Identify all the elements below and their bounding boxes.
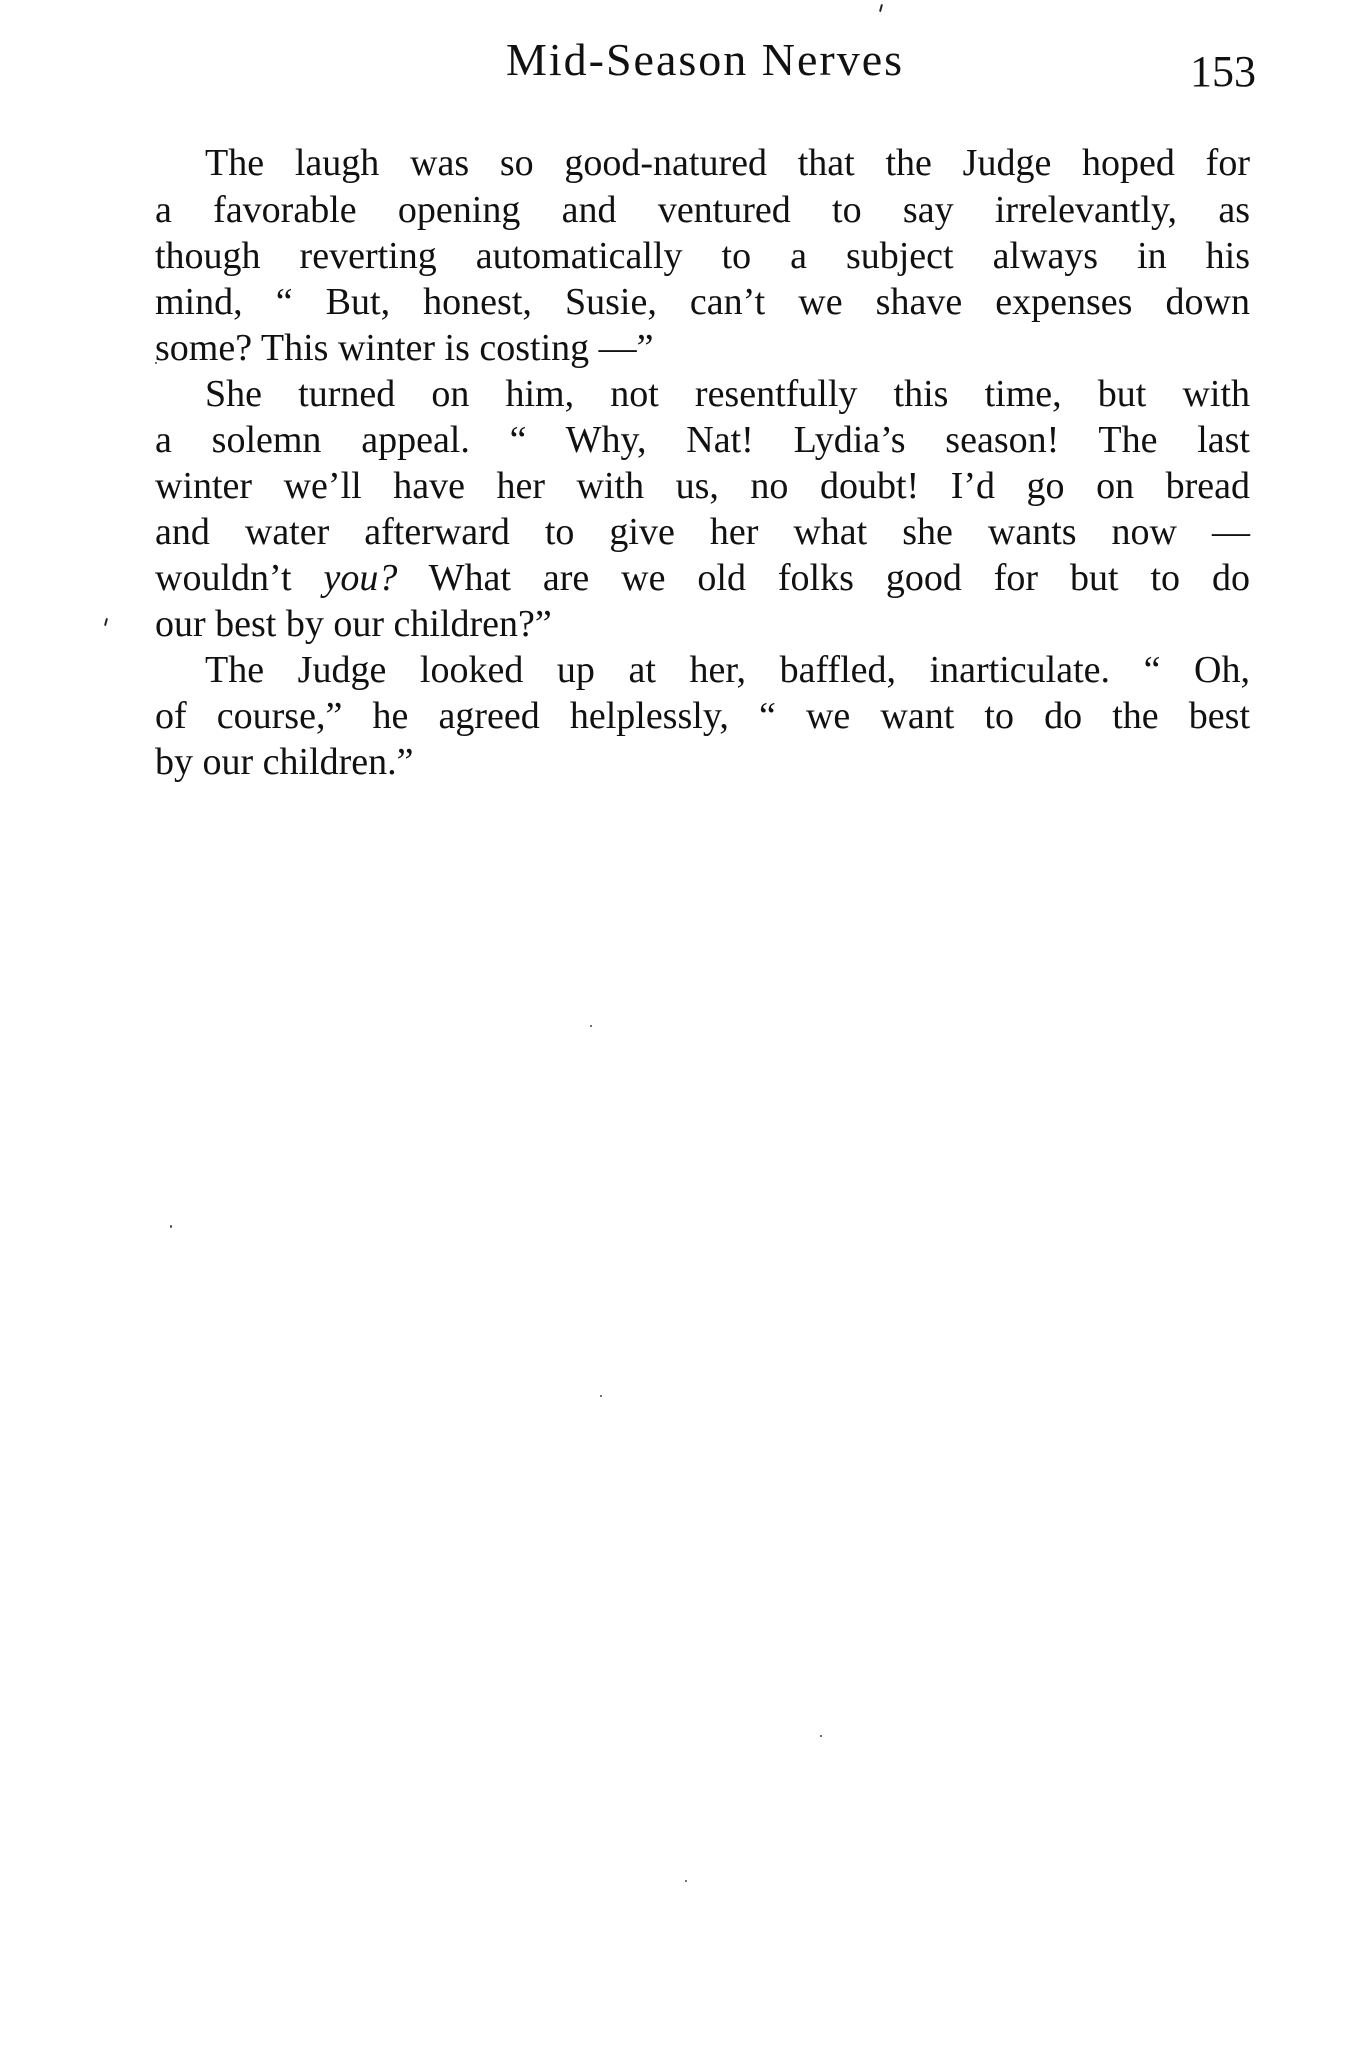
paragraph-2-line-6: our best by our children?”	[155, 601, 1250, 647]
paragraph-2-line-1: She turned on him, not resentfully this …	[205, 371, 1250, 417]
paragraph-3-line-2: of course,” he agreed helplessly, “ we w…	[155, 693, 1250, 739]
scan-speck	[170, 1225, 172, 1228]
paragraph-3-line-3: by our children.”	[155, 739, 1250, 785]
scan-speck	[685, 1880, 687, 1882]
paragraph-1-line-1: The laugh was so good-natured that the J…	[205, 140, 1250, 186]
paragraph-2-line-3: winter we’ll have her with us, no doubt!…	[155, 463, 1250, 509]
page-number: 153	[1180, 44, 1256, 100]
paragraph-3-line-1: The Judge looked up at her, baffled, ina…	[205, 647, 1250, 693]
scan-speck	[155, 362, 157, 364]
paragraph-2-line-4: and water afterward to give her what she…	[155, 509, 1250, 555]
paragraph-1-line-4: mind, “ But, honest, Susie, can’t we sha…	[155, 279, 1250, 325]
paragraph-2-line-2: a solemn appeal. “ Why, Nat! Lydia’s sea…	[155, 417, 1250, 463]
paragraph-1-line-5: some? This winter is costing —”	[155, 325, 1250, 371]
book-page: Mid-Season Nerves 153 The laugh was so g…	[0, 0, 1362, 2049]
running-title: Mid-Season Nerves	[480, 32, 930, 88]
paragraph-1-line-3: though reverting automatically to a subj…	[155, 233, 1250, 279]
text-wouldnt: wouldn’t	[155, 557, 323, 599]
italic-you: you?	[323, 557, 397, 599]
scan-speck	[104, 618, 108, 626]
scan-speck	[820, 1735, 822, 1737]
text-what-are-we: What are we old folks good for but to do	[397, 557, 1250, 599]
paragraph-2-line-5: wouldn’t you? What are we old folks good…	[155, 555, 1250, 601]
scan-speck	[590, 1025, 592, 1027]
paragraph-1-line-2: a favorable opening and ventured to say …	[155, 187, 1250, 233]
scan-speck	[600, 1395, 602, 1397]
scan-speck	[879, 4, 883, 12]
